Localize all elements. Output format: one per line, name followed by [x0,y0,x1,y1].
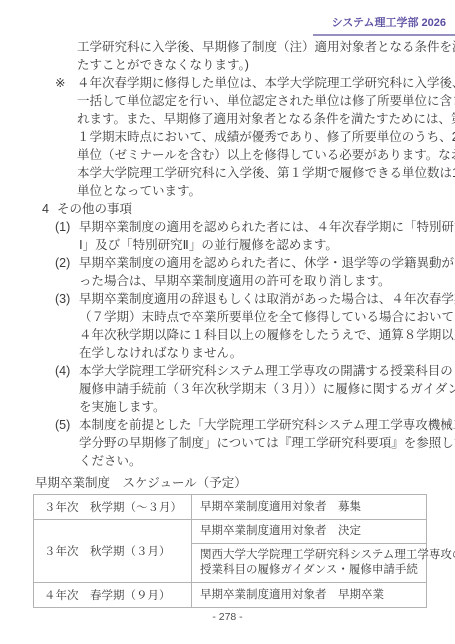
document-page: システム理工学部 2026 工学研究科に入学後、早期修了制度（注）適用対象者とな… [0,0,455,644]
line-text: 本学大学院理工学研究科に入学後、第１学期で履修できる単位数は14 [77,166,455,180]
line-text: 早期卒業制度適用の辞退もしくは取消があった場合は、４年次春学期 [79,292,455,306]
paragraph: (2)早期卒業制度の適用を認められた者に、休学・退学等の学籍異動があった場合は、… [0,254,455,290]
line-text: ４年次春学期に修得した単位は、本学大学院理工学研究科に入学後、 [77,76,455,90]
table-row: ３年次 秋学期（３月）早期卒業制度適用対象者 決定 [34,520,427,544]
paragraph: (1)早期卒業制度の適用を認められた者には、４年次春学期に「特別研究Ⅰ」及び「特… [0,218,455,254]
table-row: ３年次 秋学期（～３月）早期卒業制度適用対象者 募集 [34,495,427,520]
paragraph: (4)本学大学院理工学研究科システム理工学専攻の開講する授業科目の履修申請手続前… [0,362,455,416]
text-line: 一括して単位認定を行い、単位認定された単位は修了所要単位に含ま [0,92,455,110]
line-text: （７学期）末時点で卒業所要単位を全て修得している場合においても、 [79,310,455,324]
table-row: ４年次 春学期（９月）早期卒業制度適用対象者 早期卒業 [34,583,427,608]
paragraph: 4その他の事項 [0,200,455,218]
line-text: 履修申請手続前（３年次秋学期末（３月））に履修に関するガイダンス [79,382,455,396]
paragraph: (5)本制度を前提とした「大学院理工学研究科システム理工学専攻機械工学分野の早期… [0,416,455,470]
period-cell: ３年次 秋学期（３月） [34,520,192,583]
page-number: - 278 - [0,611,455,623]
body-text: 工学研究科に入学後、早期修了制度（注）適用対象者となる条件を満たすことができなく… [0,38,455,470]
text-line: ※４年次春学期に修得した単位は、本学大学院理工学研究科に入学後、 [0,74,455,92]
line-text: 本学大学院理工学研究科システム理工学専攻の開講する授業科目の [79,364,453,378]
list-marker: (1) [55,218,70,236]
line-text: その他の事項 [57,202,132,216]
schedule-table: ３年次 秋学期（～３月）早期卒業制度適用対象者 募集３年次 秋学期（３月）早期卒… [33,494,427,608]
line-text: を実施します。 [79,400,166,414]
period-cell: ３年次 秋学期（～３月） [34,495,192,520]
text-line: れます。また、早期修了適用対象者となる条件を満たすためには、第 [0,110,455,128]
text-line: １学期末時点において、成績が優秀であり、修了所要単位のうち、20 [0,128,455,146]
event-cell: 早期卒業制度適用対象者 募集 [192,495,427,520]
text-line: 4その他の事項 [0,200,455,218]
paragraph: 工学研究科に入学後、早期修了制度（注）適用対象者となる条件を満たすことができなく… [0,38,455,74]
text-line: 単位（ゼミナールを含む）以上を修得している必要があります。なお、 [0,146,455,164]
line-text: １学期末時点において、成績が優秀であり、修了所要単位のうち、20 [77,130,455,144]
line-text: 単位となっています。 [77,184,201,198]
line-text: 在学しなければなりません。 [79,346,242,360]
text-line: った場合は、早期卒業制度適用の許可を取り消します。 [0,272,455,290]
schedule-title: 早期卒業制度 スケジュール（予定） [35,473,247,491]
text-line: 単位となっています。 [0,182,455,200]
event-line: 授業科目の履修ガイダンス・履修申請手続 [200,563,418,578]
text-line: (3)早期卒業制度適用の辞退もしくは取消があった場合は、４年次春学期 [0,290,455,308]
page-header: システム理工学部 2026 [313,13,455,36]
list-marker: (2) [55,254,70,272]
text-line: たすことができなくなります。) [0,56,455,74]
line-text: ください。 [79,454,142,468]
list-marker: (4) [55,362,70,380]
list-marker: (5) [55,416,70,434]
line-text: ４年次秋学期以降に１科目以上の履修をしたうえで、通算８学期以上 [79,328,455,342]
text-line: (5)本制度を前提とした「大学院理工学研究科システム理工学専攻機械工 [0,416,455,434]
line-text: 早期卒業制度の適用を認められた者には、４年次春学期に「特別研究 [79,220,455,234]
line-text: 本制度を前提とした「大学院理工学研究科システム理工学専攻機械工 [79,418,455,432]
event-cell: 早期卒業制度適用対象者 早期卒業 [192,583,427,608]
text-line: 履修申請手続前（３年次秋学期末（３月））に履修に関するガイダンス [0,380,455,398]
text-line: を実施します。 [0,398,455,416]
event-line: 早期卒業制度適用対象者 募集 [200,500,418,515]
paragraph: (3)早期卒業制度適用の辞退もしくは取消があった場合は、４年次春学期（７学期）末… [0,290,455,362]
text-line: Ⅰ」及び「特別研究Ⅱ」の並行履修を認めます。 [0,236,455,254]
text-line: （７学期）末時点で卒業所要単位を全て修得している場合においても、 [0,308,455,326]
text-line: (1)早期卒業制度の適用を認められた者には、４年次春学期に「特別研究 [0,218,455,236]
period-cell: ４年次 春学期（９月） [34,583,192,608]
line-text: 学分野の早期修了制度」については『理工学研究科要項』を参照して [79,436,455,450]
list-marker: (3) [55,290,70,308]
event-cell: 関西大学大学院理工学研究科システム理工学専攻の開講する授業科目の履修ガイダンス・… [192,544,427,583]
text-line: 本学大学院理工学研究科に入学後、第１学期で履修できる単位数は14 [0,164,455,182]
line-text: った場合は、早期卒業制度適用の許可を取り消します。 [79,274,391,288]
text-line: (2)早期卒業制度の適用を認められた者に、休学・退学等の学籍異動があ [0,254,455,272]
text-line: 工学研究科に入学後、早期修了制度（注）適用対象者となる条件を満 [0,38,455,56]
list-marker: 4 [42,200,49,218]
event-line: 早期卒業制度適用対象者 早期卒業 [200,588,418,603]
event-line: 早期卒業制度適用対象者 決定 [200,524,418,539]
list-marker: ※ [55,74,65,92]
text-line: 学分野の早期修了制度」については『理工学研究科要項』を参照して [0,434,455,452]
event-cell: 早期卒業制度適用対象者 決定 [192,520,427,544]
line-text: Ⅰ」及び「特別研究Ⅱ」の並行履修を認めます。 [79,238,338,252]
text-line: ４年次秋学期以降に１科目以上の履修をしたうえで、通算８学期以上 [0,326,455,344]
faculty-year-label: システム理工学部 2026 [332,14,455,33]
line-text: たすことができなくなります。) [77,58,249,72]
text-line: 在学しなければなりません。 [0,344,455,362]
event-line: 関西大学大学院理工学研究科システム理工学専攻の開講する [200,548,418,563]
line-text: 工学研究科に入学後、早期修了制度（注）適用対象者となる条件を満 [77,40,455,54]
line-text: 早期卒業制度の適用を認められた者に、休学・退学等の学籍異動があ [79,256,455,270]
text-line: ください。 [0,452,455,470]
line-text: 単位（ゼミナールを含む）以上を修得している必要があります。なお、 [77,148,455,162]
paragraph: ※４年次春学期に修得した単位は、本学大学院理工学研究科に入学後、一括して単位認定… [0,74,455,200]
line-text: 一括して単位認定を行い、単位認定された単位は修了所要単位に含ま [77,94,455,108]
text-line: (4)本学大学院理工学研究科システム理工学専攻の開講する授業科目の [0,362,455,380]
line-text: れます。また、早期修了適用対象者となる条件を満たすためには、第 [77,112,455,126]
